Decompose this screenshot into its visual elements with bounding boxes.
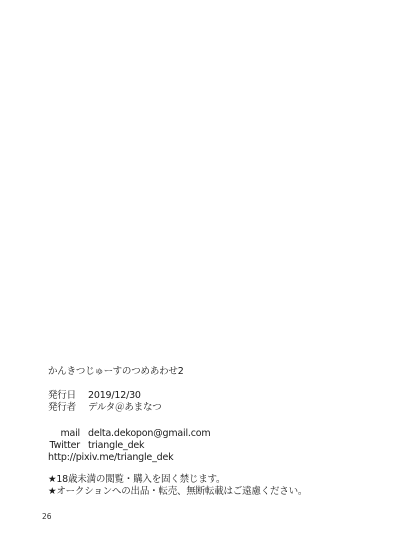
mail-label: mail xyxy=(48,428,88,440)
publication-date-value: 2019/12/30 xyxy=(88,390,141,402)
contact-info: mail delta.dekopon@gmail.com Twitter tri… xyxy=(48,428,368,464)
pixiv-url: http://pixiv.me/triangle_dek xyxy=(48,452,173,464)
resale-notice: ★オークションへの出品・転売、無断転載はご遠慮ください。 xyxy=(48,486,368,498)
notices: ★18歳未満の閲覧・購入を固く禁じます。 ★オークションへの出品・転売、無断転載… xyxy=(48,474,368,498)
mail-row: mail delta.dekopon@gmail.com xyxy=(48,428,368,440)
publication-date-row: 発行日 2019/12/30 xyxy=(48,390,368,402)
twitter-value: triangle_dek xyxy=(88,440,144,452)
mail-value: delta.dekopon@gmail.com xyxy=(88,428,210,440)
publication-info: 発行日 2019/12/30 発行者 デルタ＠あまなつ xyxy=(48,390,368,414)
page-number: 26 xyxy=(42,512,52,521)
age-restriction-notice: ★18歳未満の閲覧・購入を固く禁じます。 xyxy=(48,474,368,486)
colophon: かんきつじゅーすのつめあわせ2 発行日 2019/12/30 発行者 デルタ＠あ… xyxy=(48,366,368,498)
publisher-label: 発行者 xyxy=(48,402,88,414)
url-row: http://pixiv.me/triangle_dek xyxy=(48,452,368,464)
publisher-row: 発行者 デルタ＠あまなつ xyxy=(48,402,368,414)
book-title: かんきつじゅーすのつめあわせ2 xyxy=(48,366,368,378)
twitter-row: Twitter triangle_dek xyxy=(48,440,368,452)
publication-date-label: 発行日 xyxy=(48,390,88,402)
publisher-value: デルタ＠あまなつ xyxy=(88,402,162,414)
twitter-label: Twitter xyxy=(48,440,88,452)
